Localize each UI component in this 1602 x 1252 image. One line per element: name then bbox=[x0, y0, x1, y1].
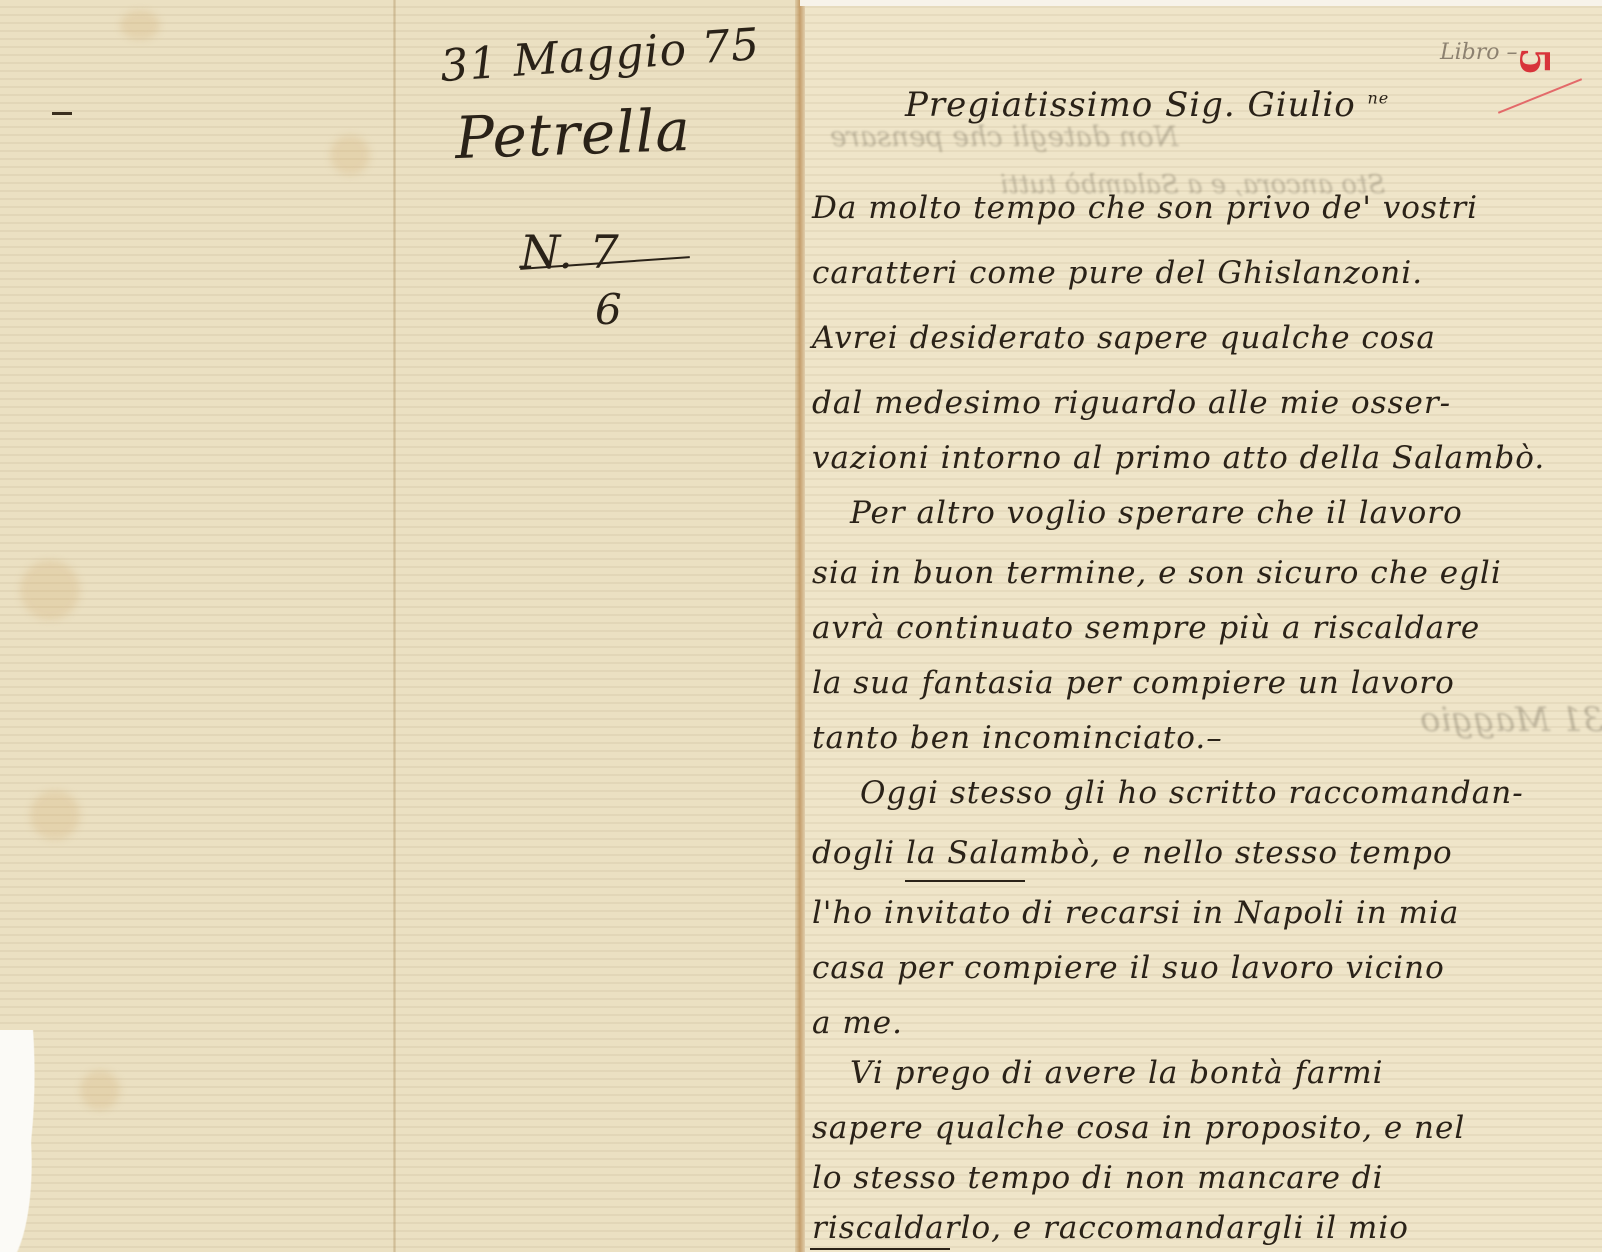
fold-crease bbox=[393, 0, 396, 1252]
letter-line: Avrei desiderato sapere qualche cosa bbox=[812, 320, 1436, 356]
foxing-stain bbox=[80, 1070, 120, 1110]
letter-line: sapere qualche cosa in proposito, e nel bbox=[812, 1110, 1465, 1146]
left-page bbox=[0, 0, 800, 1252]
letter-line: caratteri come pure del Ghislanzoni. bbox=[812, 255, 1423, 291]
foxing-stain bbox=[120, 10, 160, 40]
letter-line: dogli la Salambò, e nello stesso tempo bbox=[812, 835, 1453, 871]
center-spine-fold bbox=[795, 0, 805, 1252]
letter-line: a me. bbox=[812, 1005, 903, 1041]
salutation: Pregiatissimo Sig. Giulio ne bbox=[905, 85, 1389, 125]
letter-line: avrà continuato sempre più a riscaldare bbox=[812, 610, 1480, 646]
folio-number-red: 5 bbox=[1510, 48, 1557, 76]
letter-line: l'ho invitato di recarsi in Napoli in mi… bbox=[812, 895, 1459, 931]
letter-line: vazioni intorno al primo atto della Sala… bbox=[812, 440, 1545, 476]
docket-number-denominator: 6 bbox=[595, 285, 623, 334]
letter-line: Oggi stesso gli ho scritto raccomandan- bbox=[860, 775, 1524, 811]
foxing-stain bbox=[330, 135, 370, 175]
letter-line: dal medesimo riguardo alle mie osser- bbox=[812, 385, 1451, 421]
bleed-through-text: 31 Maggio bbox=[1420, 700, 1602, 740]
left-panel-outer bbox=[0, 0, 395, 1252]
letter-line: casa per compiere il suo lavoro vicino bbox=[812, 950, 1445, 986]
letter-line: sia in buon termine, e son sicuro che eg… bbox=[812, 555, 1502, 591]
docket-name: Petrella bbox=[454, 96, 692, 172]
letter-line: lo stesso tempo di non mancare di bbox=[812, 1160, 1384, 1196]
top-paper-edge bbox=[800, 0, 1602, 6]
letter-line: tanto ben incominciato.– bbox=[812, 720, 1223, 756]
margin-dash bbox=[52, 112, 72, 115]
underline-salambo bbox=[905, 880, 1025, 882]
corner-annotation: Libro – bbox=[1440, 40, 1517, 65]
docket-number: N. 7 bbox=[520, 225, 620, 279]
letter-line: Per altro voglio sperare che il lavoro bbox=[850, 495, 1463, 531]
letter-line: riscaldarlo, e raccomandargli il mio bbox=[812, 1210, 1409, 1246]
torn-edge-damage bbox=[0, 1030, 40, 1252]
letter-line: Vi prego di avere la bontà farmi bbox=[850, 1055, 1384, 1091]
underline-riscaldarlo bbox=[810, 1248, 950, 1250]
foxing-stain bbox=[30, 790, 80, 840]
foxing-stain bbox=[20, 560, 80, 620]
letter-line: Da molto tempo che son privo de' vostri bbox=[812, 190, 1478, 226]
letter-line: la sua fantasia per compiere un lavoro bbox=[812, 665, 1455, 701]
